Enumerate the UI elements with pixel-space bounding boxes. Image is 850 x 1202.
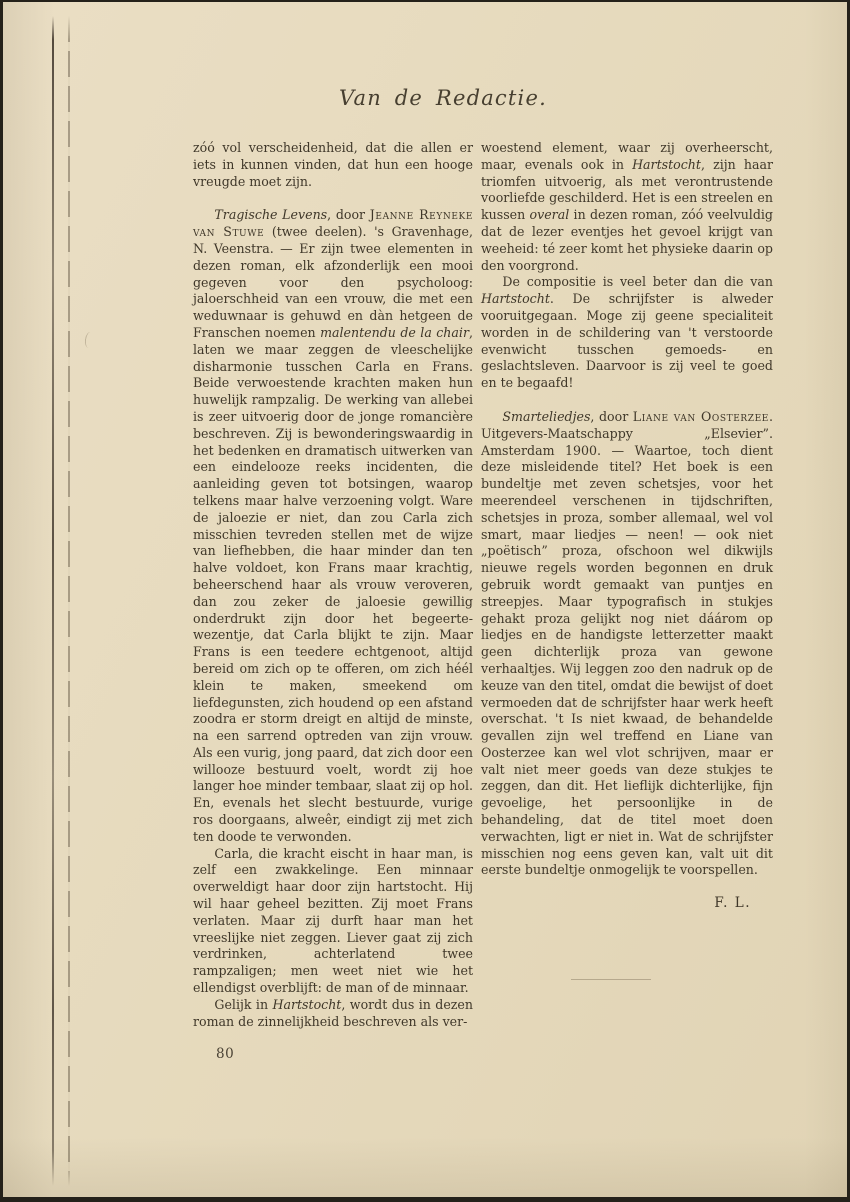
text-run: De compositie is veel beter dan die van [502, 274, 773, 289]
text-run: , door [327, 207, 370, 222]
text-run: , laten we maar zeggen de vleeschelijke … [193, 325, 473, 844]
right-column: woestend element, waar zij overheerscht,… [481, 140, 773, 1030]
text-columns: zóó vol verscheidenheid, dat die allen e… [193, 140, 773, 1030]
text-run: (twee deelen). 's Gravenhage, N. Veenstr… [193, 224, 473, 340]
italic-text-run: Hartstocht [481, 291, 550, 306]
text-run: , door [590, 409, 632, 424]
paragraph: Smarteliedjes, door Liane van Oosterzee.… [481, 409, 773, 879]
paragraph: Carla, die kracht eischt in haar man, is… [193, 846, 473, 997]
scan-smudge [84, 331, 95, 348]
paragraph: Tragische Levens, door Jeanne Reyneke va… [193, 207, 473, 845]
paragraph: woestend element, waar zij overheerscht,… [481, 140, 773, 274]
text-run: Gelijk in [214, 997, 272, 1012]
paragraph: De compositie is veel beter dan die van … [481, 274, 773, 392]
italic-text-run: malentendu de la chair [320, 325, 469, 340]
left-column: zóó vol verscheidenheid, dat die allen e… [193, 140, 473, 1030]
italic-text-run: Hartstocht [272, 997, 341, 1012]
text-run: zóó vol verscheidenheid, dat die allen e… [193, 140, 473, 189]
paragraph: Gelijk in Hartstocht, wordt dus in dezen… [193, 997, 473, 1031]
right-column-text: woestend element, waar zij overheerscht,… [481, 140, 773, 879]
binding-line-solid [52, 16, 54, 1186]
smallcaps-text-run: Liane van Oosterzee [633, 409, 769, 424]
italic-text-run: Smarteliedjes [502, 409, 590, 424]
scanned-page: Van de Redactie. zóó vol verscheidenheid… [0, 0, 850, 1202]
italic-text-run: Hartstocht [632, 157, 701, 172]
page-title: Van de Redactie. [118, 86, 768, 110]
italic-text-run: Tragische Levens [214, 207, 327, 222]
reviewer-initials: F. L. [481, 895, 773, 912]
section-divider-rule [571, 979, 651, 980]
paragraph: zóó vol verscheidenheid, dat die allen e… [193, 140, 473, 190]
text-run: Carla, die kracht eischt in haar man, is… [193, 846, 473, 995]
page-number: 80 [216, 1046, 234, 1062]
text-run: . Uitgevers-Maatschappy „Elsevier”. Amst… [481, 409, 773, 878]
italic-text-run: overal [530, 207, 570, 222]
binding-line-dashed [68, 16, 70, 1186]
